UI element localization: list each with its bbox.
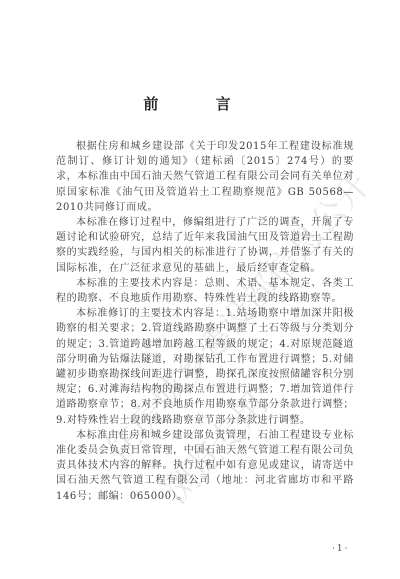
paragraph-4: 本标准修订的主要技术内容是：1.站场勘察中增加深井阳极勘察的相关要求；2.管道线… bbox=[56, 306, 354, 428]
page-title: 前 言 bbox=[0, 93, 400, 114]
document-body: 根据住房和城乡建设部《关于印发2015年工程建设标准规范制订、修订计划的通知》（… bbox=[56, 139, 354, 504]
paragraph-1: 根据住房和城乡建设部《关于印发2015年工程建设标准规范制订、修订计划的通知》（… bbox=[56, 139, 354, 215]
paragraph-3: 本标准的主要技术内容是：总则、术语、基本规定、各类工程的勘察、不良地质作用勘察、… bbox=[56, 276, 354, 306]
page-number: ·1· bbox=[332, 544, 349, 554]
paragraph-2: 本标准在修订过程中，修编组进行了广泛的调查，开展了专题讨论和试验研究，总结了近年… bbox=[56, 215, 354, 276]
document-page: 住房城乡建设部信息公开 浏览专用 前 言 根据住房和城乡建设部《关于印发2015… bbox=[0, 0, 400, 579]
paragraph-5: 本标准由住房和城乡建设部负责管理，石油工程建设专业标准化委员会负责日常管理，中国… bbox=[56, 428, 354, 504]
